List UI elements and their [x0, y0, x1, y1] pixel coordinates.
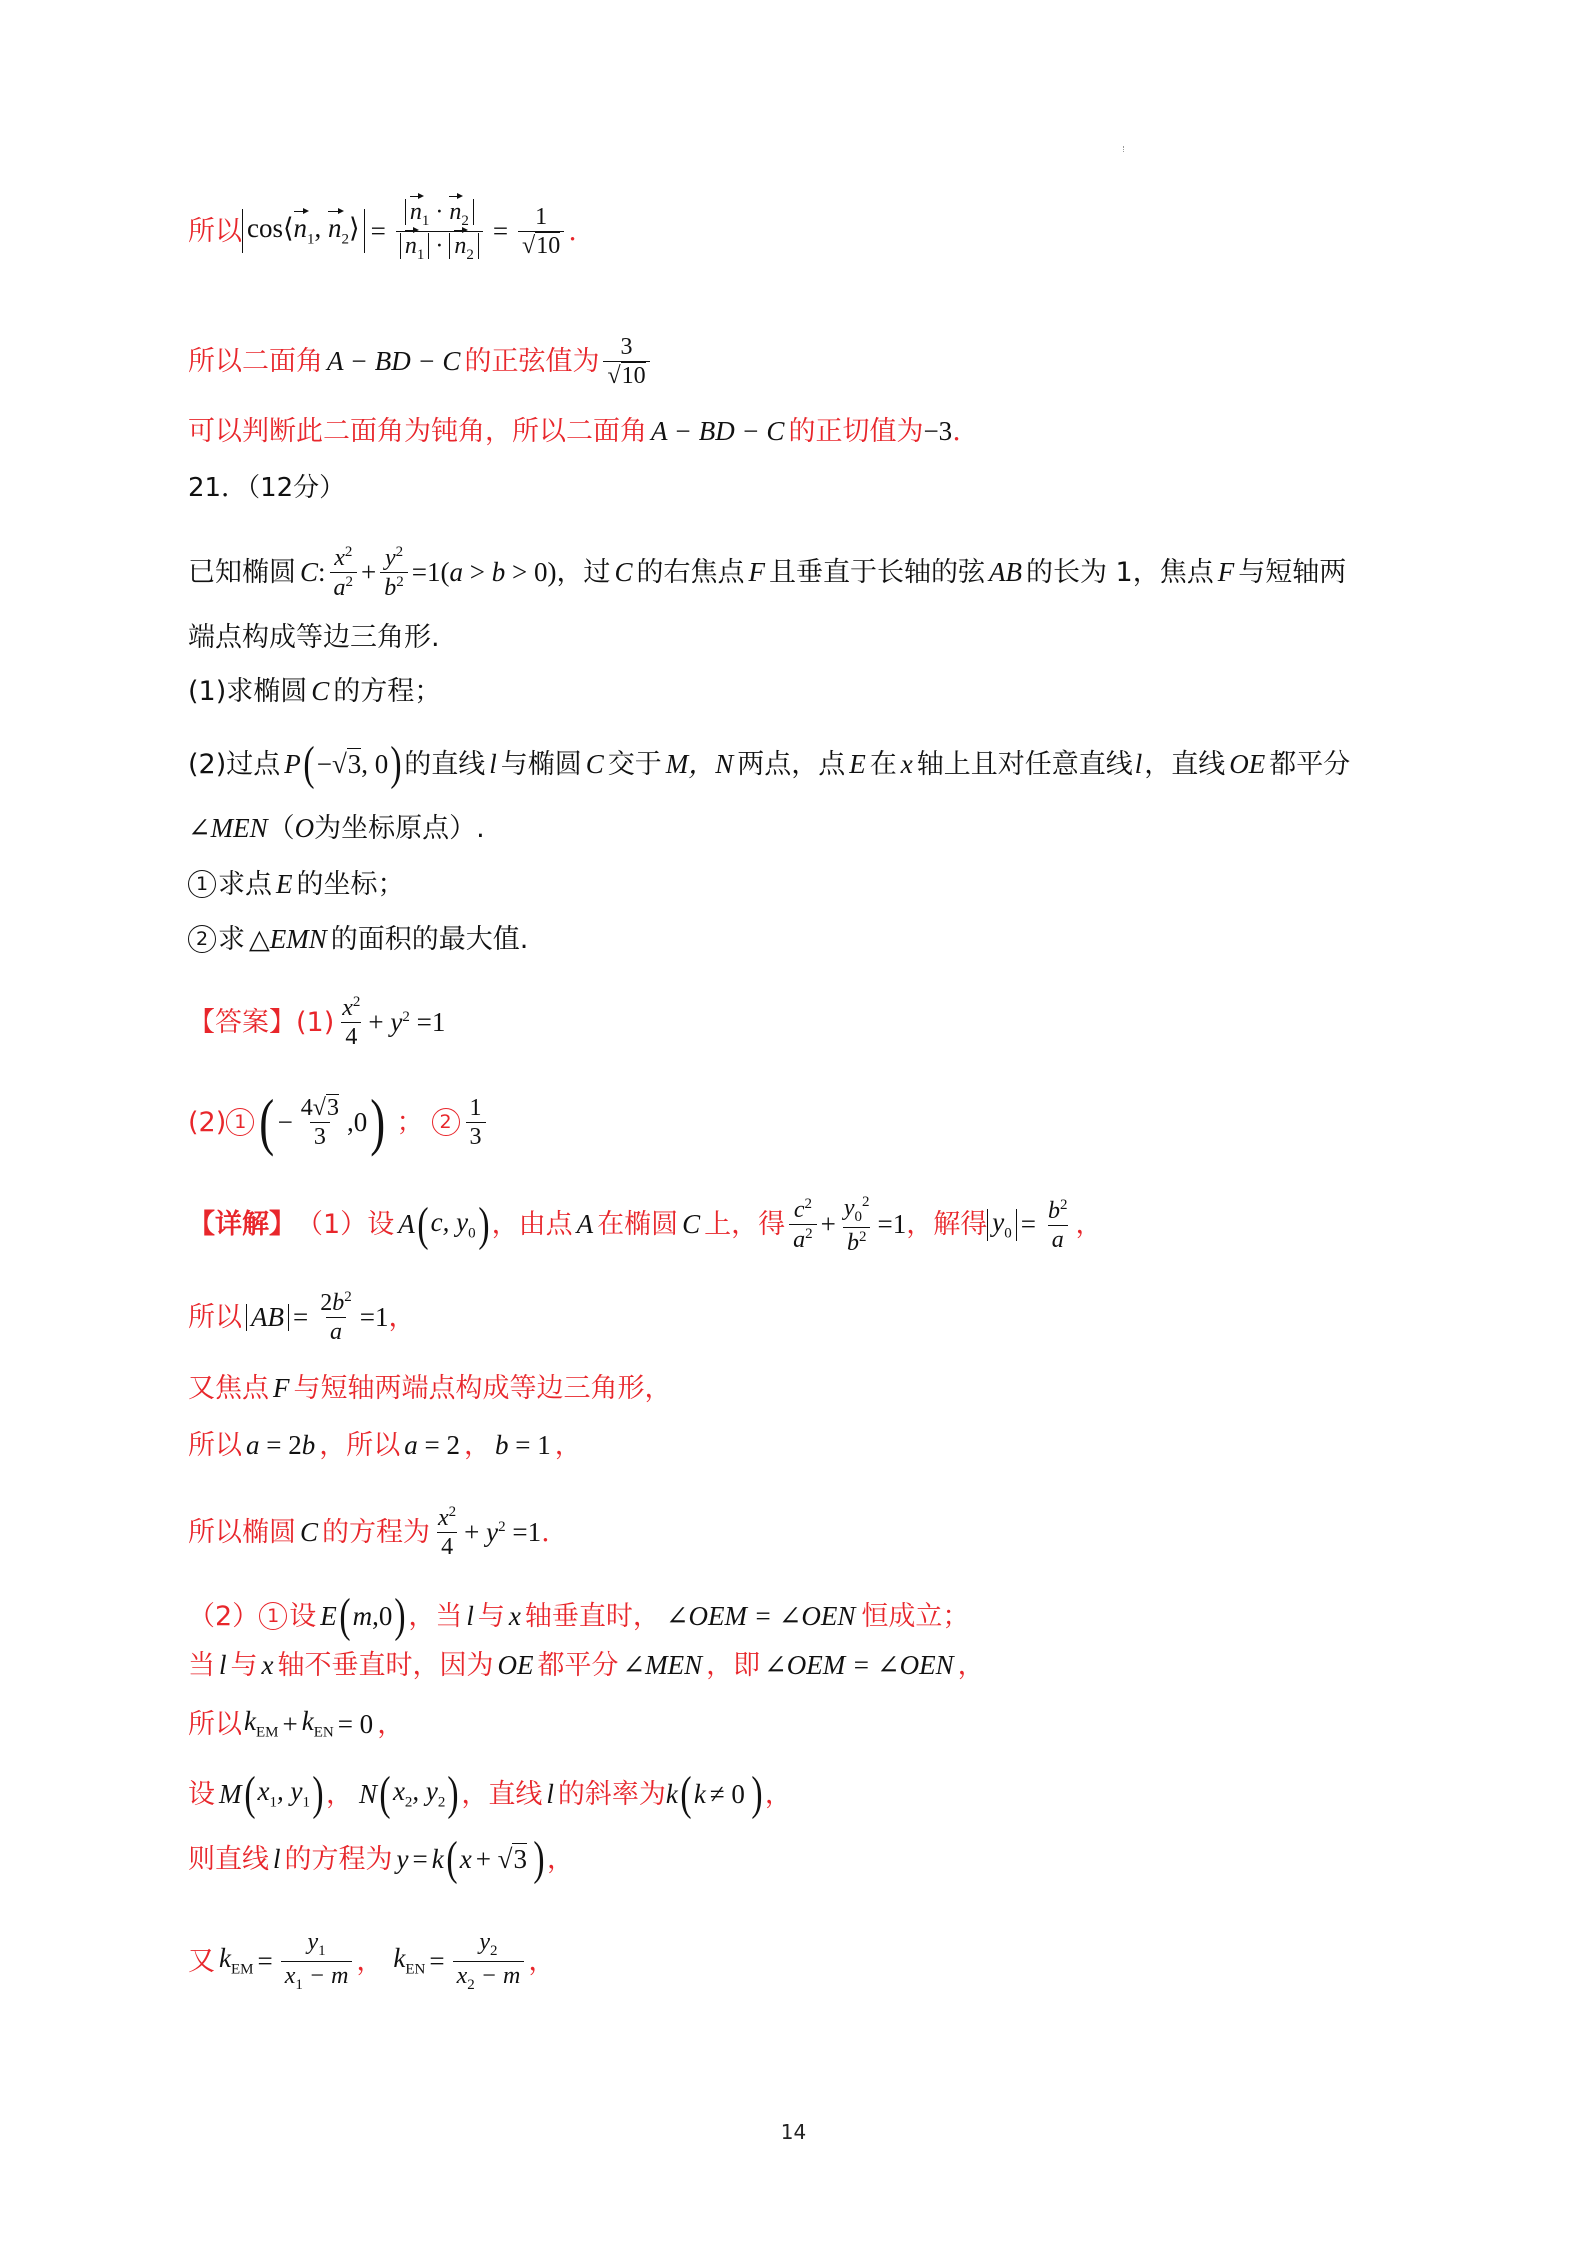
detail-line-6: （2） 1 设 E(m,0) ，当 l 与 x 轴垂直时， ∠OEM = ∠OE… [188, 1592, 969, 1640]
answer-tag: 【答案】 [188, 1009, 296, 1036]
problem-part-1: (1) 求椭圆 C 的方程； [188, 678, 441, 705]
frac-dot-product: n1 · n2 n1 · n2 [396, 200, 483, 263]
prev-solution-line-1: 所以 cos⟨n1, n2⟩ = n1 · n2 n1 · n2 = 1 √10… [188, 200, 577, 263]
prev-solution-line-3: 可以判断此二面角为钝角，所以二面角 A − BD − C 的正切值为 −3 . [188, 418, 961, 445]
detail-line-5: 所以椭圆 C 的方程为 x24 + y2 =1 . [188, 1505, 550, 1559]
page-number: 14 [0, 2120, 1587, 2144]
problem-sub-1: 1 求点 E 的坐标； [188, 870, 405, 898]
detail-line-1: 【详解】 （1） 设 A(c, y0) ，由点 A 在椭圆 C 上，得 c2a2… [188, 1195, 1102, 1255]
prev-solution-line-2: 所以二面角 A − BD − C 的正弦值为 3 √10 [188, 335, 654, 388]
abs-cos-expr: cos⟨n1, n2⟩ [242, 209, 365, 253]
scan-mark [1123, 146, 1126, 152]
detail-line-8: 所以 kEM+kEN= 0 ， [188, 1708, 404, 1740]
detail-line-10: 则直线 l 的方程为 y=k(x+ √3) ， [188, 1835, 574, 1883]
detail-line-9: 设 M(x1, y1) ， N(x2, y2) ，直线 l 的斜率为 k(k≠ … [188, 1770, 792, 1818]
problem-sub-2: 2 求 △EMN 的面积的最大值. [188, 925, 528, 953]
detail-tag: 【详解】 [188, 1211, 296, 1238]
detail-line-11: 又 kEM = y1x1 − m ， kEN = y2x2 − m ， [188, 1930, 555, 1993]
circled-number-1: 1 [188, 870, 216, 898]
frac-result: 1 √10 [518, 205, 564, 258]
detail-line-2: 所以 AB = 2b2a =1 ， [188, 1290, 415, 1344]
circled-number-2: 2 [432, 1108, 460, 1136]
circled-number-1: 1 [259, 1602, 287, 1630]
answer-line-2: (2) 1 ( − 4√33 ,0 ) ； 2 13 [188, 1090, 490, 1154]
detail-line-4: 所以 a = 2b ， 所以 a = 2 ， b = 1 ， [188, 1432, 582, 1459]
circled-number-2: 2 [188, 925, 216, 953]
problem-stem-line-2: 端点构成等边三角形. [188, 624, 440, 651]
detail-line-7: 当 l 与 x 轴不垂直时，因为 OE 都平分 ∠MEN ，即 ∠OEM = ∠… [188, 1652, 985, 1679]
problem-stem-line-1: 已知椭圆 C: x2a2 + y2b2 =1(a > b > 0) ，过 C 的… [188, 545, 1346, 600]
circled-number-1: 1 [226, 1108, 254, 1136]
problem-part-2-cont: ∠MEN （ O 为坐标原点）. [188, 815, 485, 842]
problem-part-2: (2) 过点 P(−√3, 0) 的直线 l 与椭圆 C 交于 M，N 两点，点… [188, 740, 1350, 788]
text-suoyi: 所以 [188, 218, 242, 245]
problem-number: 21．（12分） [188, 475, 345, 501]
answer-line-1: 【答案】 (1) x24 + y2 =1 [188, 995, 445, 1049]
frac-sine: 3 √10 [603, 335, 649, 388]
detail-line-3: 又焦点 F 与短轴两端点构成等边三角形， [188, 1375, 672, 1402]
